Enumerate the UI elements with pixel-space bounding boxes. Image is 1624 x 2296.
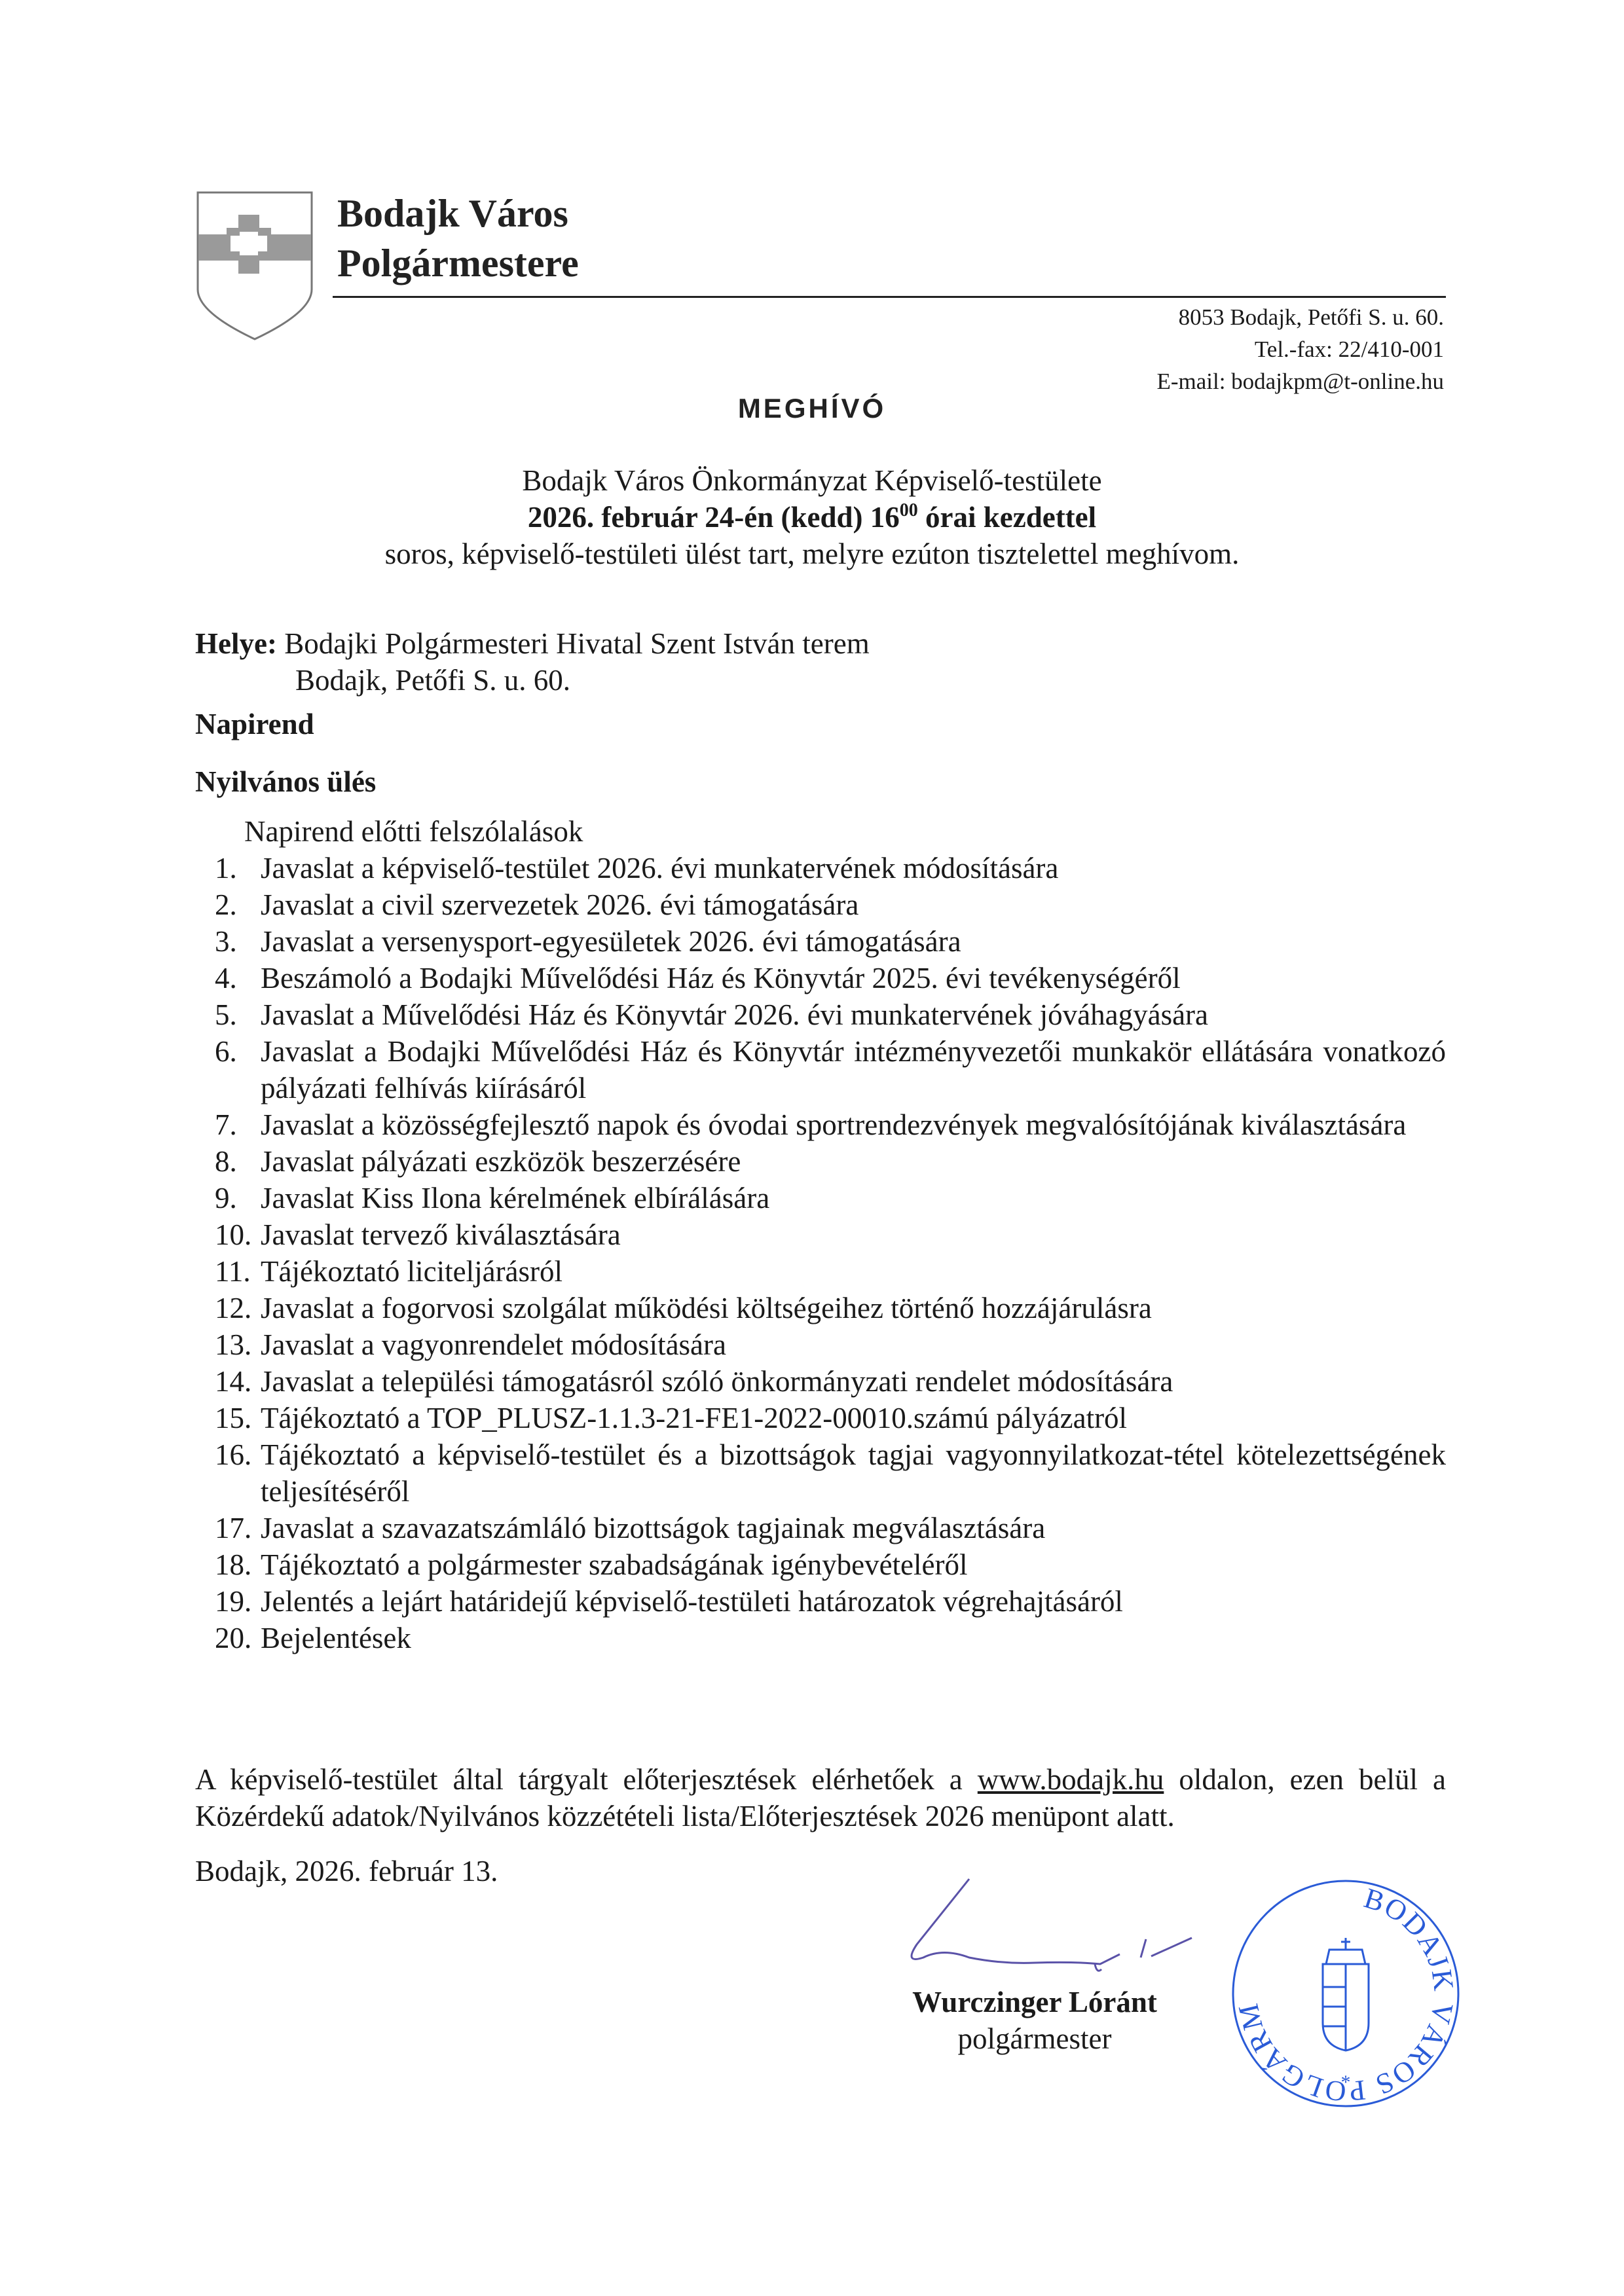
invitation-intro: Bodajk Város Önkormányzat Képviselő-test… [0,462,1624,572]
agenda-item-text: Tájékoztató a polgármester szabadságának… [261,1546,1446,1583]
agenda-item-number: 4. [195,960,261,996]
contact-address: 8053 Bodajk, Petőfi S. u. 60. [1156,301,1444,333]
meeting-date: 2026. február 24-én (kedd) 16 [528,501,900,534]
agenda-item-text: Tájékoztató liciteljárásról [261,1253,1446,1290]
agenda-item-text: Javaslat a közösségfejlesztő napok és óv… [261,1106,1446,1143]
agenda-item: 8.Javaslat pályázati eszközök beszerzésé… [195,1143,1446,1180]
contact-phone: Tel.-fax: 22/410-001 [1156,333,1444,365]
place-address: Bodajk, Petőfi S. u. 60. [195,662,870,699]
official-stamp-icon: BODAJK VÁROS POLGÁRMESTERE * [1225,1872,1467,2115]
agenda-item-number: 7. [195,1106,261,1143]
place-label: Helye: [195,627,277,660]
agenda-item: 11.Tájékoztató liciteljárásról [195,1253,1446,1290]
agenda-item-number: 18. [195,1546,261,1583]
contact-block: 8053 Bodajk, Petőfi S. u. 60. Tel.-fax: … [1156,301,1444,397]
agenda-item: 14.Javaslat a települési támogatásról sz… [195,1363,1446,1400]
intro-line-body: Bodajk Város Önkormányzat Képviselő-test… [0,462,1624,499]
dateline: Bodajk, 2026. február 13. [195,1853,498,1889]
agenda-item-number: 1. [195,850,261,886]
organization-name: Bodajk Város [337,189,579,238]
agenda-item-text: Javaslat a versenysport-egyesületek 2026… [261,923,1446,960]
agenda-item-text: Jelentés a lejárt határidejű képviselő-t… [261,1583,1446,1620]
agenda-item: 13.Javaslat a vagyonrendelet módosításár… [195,1326,1446,1363]
signer-block: Wurczinger Lóránt polgármester [891,1984,1179,2057]
agenda-item-number: 11. [195,1253,261,1290]
organization-role: Polgármestere [337,238,579,288]
agenda-item: 10.Javaslat tervező kiválasztására [195,1216,1446,1253]
agenda-item-number: 13. [195,1326,261,1363]
intro-line-invite: soros, képviselő-testületi ülést tart, m… [0,536,1624,572]
agenda-list: Napirend előtti felszólalások 1.Javaslat… [195,813,1446,1656]
agenda-item-text: Tájékoztató a TOP_PLUSZ-1.1.3-21-FE1-202… [261,1400,1446,1436]
organization-title: Bodajk Város Polgármestere [337,189,579,288]
agenda-item-text: Tájékoztató a képviselő-testület és a bi… [261,1436,1446,1510]
agenda-item-number: 5. [195,996,261,1033]
agenda-item: 6.Javaslat a Bodajki Művelődési Ház és K… [195,1033,1446,1106]
agenda-item: 15.Tájékoztató a TOP_PLUSZ-1.1.3-21-FE1-… [195,1400,1446,1436]
agenda-item-number: 8. [195,1143,261,1180]
agenda-item: 18.Tájékoztató a polgármester szabadságá… [195,1546,1446,1583]
signature-icon [838,1866,1264,1984]
agenda-item: 20.Bejelentések [195,1620,1446,1656]
header-divider [333,296,1446,298]
agenda-item: 17.Javaslat a szavazatszámláló bizottság… [195,1510,1446,1546]
signer-name: Wurczinger Lóránt [891,1984,1179,2020]
meeting-time-minutes: 00 [900,500,918,520]
agenda-item-text: Javaslat Kiss Ilona kérelmének elbírálás… [261,1180,1446,1216]
svg-text:*: * [1341,2071,1351,2093]
agenda-item-text: Javaslat a Művelődési Ház és Könyvtár 20… [261,996,1446,1033]
agenda-item: 19.Jelentés a lejárt határidejű képvisel… [195,1583,1446,1620]
agenda-item-text: Javaslat a vagyonrendelet módosítására [261,1326,1446,1363]
website-link[interactable]: www.bodajk.hu [978,1763,1164,1796]
meeting-time-suffix: órai kezdettel [918,501,1096,534]
documents-note: A képviselő-testület által tárgyalt előt… [195,1761,1446,1834]
coat-of-arms-icon [196,191,313,340]
agenda-item: 1.Javaslat a képviselő-testület 2026. év… [195,850,1446,886]
agenda-item-text: Javaslat a fogorvosi szolgálat működési … [261,1290,1446,1326]
signer-role: polgármester [891,2020,1179,2057]
agenda-item-text: Javaslat a szavazatszámláló bizottságok … [261,1510,1446,1546]
agenda-item-text: Javaslat a civil szervezetek 2026. évi t… [261,886,1446,923]
agenda-item-number: 6. [195,1033,261,1106]
agenda-item-text: Javaslat pályázati eszközök beszerzésére [261,1143,1446,1180]
agenda-item-number: 19. [195,1583,261,1620]
agenda-heading: Napirend [195,707,314,741]
agenda-item-number: 17. [195,1510,261,1546]
agenda-item: 5.Javaslat a Művelődési Ház és Könyvtár … [195,996,1446,1033]
agenda-item-text: Javaslat a Bodajki Művelődési Ház és Kön… [261,1033,1446,1106]
agenda-item-number: 15. [195,1400,261,1436]
agenda-item-number: 20. [195,1620,261,1656]
agenda-item-number: 12. [195,1290,261,1326]
agenda-item: 2.Javaslat a civil szervezetek 2026. évi… [195,886,1446,923]
agenda-pre-item: Napirend előtti felszólalások [195,813,1446,850]
agenda-item-text: Javaslat tervező kiválasztására [261,1216,1446,1253]
agenda-item-text: Beszámoló a Bodajki Művelődési Ház és Kö… [261,960,1446,996]
agenda-item: 9.Javaslat Kiss Ilona kérelmének elbírál… [195,1180,1446,1216]
agenda-item-number: 14. [195,1363,261,1400]
place-venue: Bodajki Polgármesteri Hivatal Szent Istv… [284,627,870,660]
session-heading: Nyilvános ülés [195,765,376,799]
meeting-datetime: 2026. február 24-én (kedd) 1600 órai kez… [0,499,1624,536]
agenda-item: 7.Javaslat a közösségfejlesztő napok és … [195,1106,1446,1143]
agenda-item-text: Bejelentések [261,1620,1446,1656]
document-title: MEGHÍVÓ [0,393,1624,424]
agenda-item-text: Javaslat a települési támogatásról szóló… [261,1363,1446,1400]
agenda-item-number: 2. [195,886,261,923]
agenda-item: 16.Tájékoztató a képviselő-testület és a… [195,1436,1446,1510]
agenda-item: 4.Beszámoló a Bodajki Művelődési Ház és … [195,960,1446,996]
agenda-item-number: 3. [195,923,261,960]
agenda-item-number: 16. [195,1436,261,1510]
agenda-item: 12.Javaslat a fogorvosi szolgálat működé… [195,1290,1446,1326]
note-text: A képviselő-testület által tárgyalt előt… [195,1763,978,1796]
meeting-place: Helye: Bodajki Polgármesteri Hivatal Sze… [195,625,870,699]
agenda-item-text: Javaslat a képviselő-testület 2026. évi … [261,850,1446,886]
agenda-item-number: 10. [195,1216,261,1253]
agenda-item: 3.Javaslat a versenysport-egyesületek 20… [195,923,1446,960]
agenda-item-number: 9. [195,1180,261,1216]
